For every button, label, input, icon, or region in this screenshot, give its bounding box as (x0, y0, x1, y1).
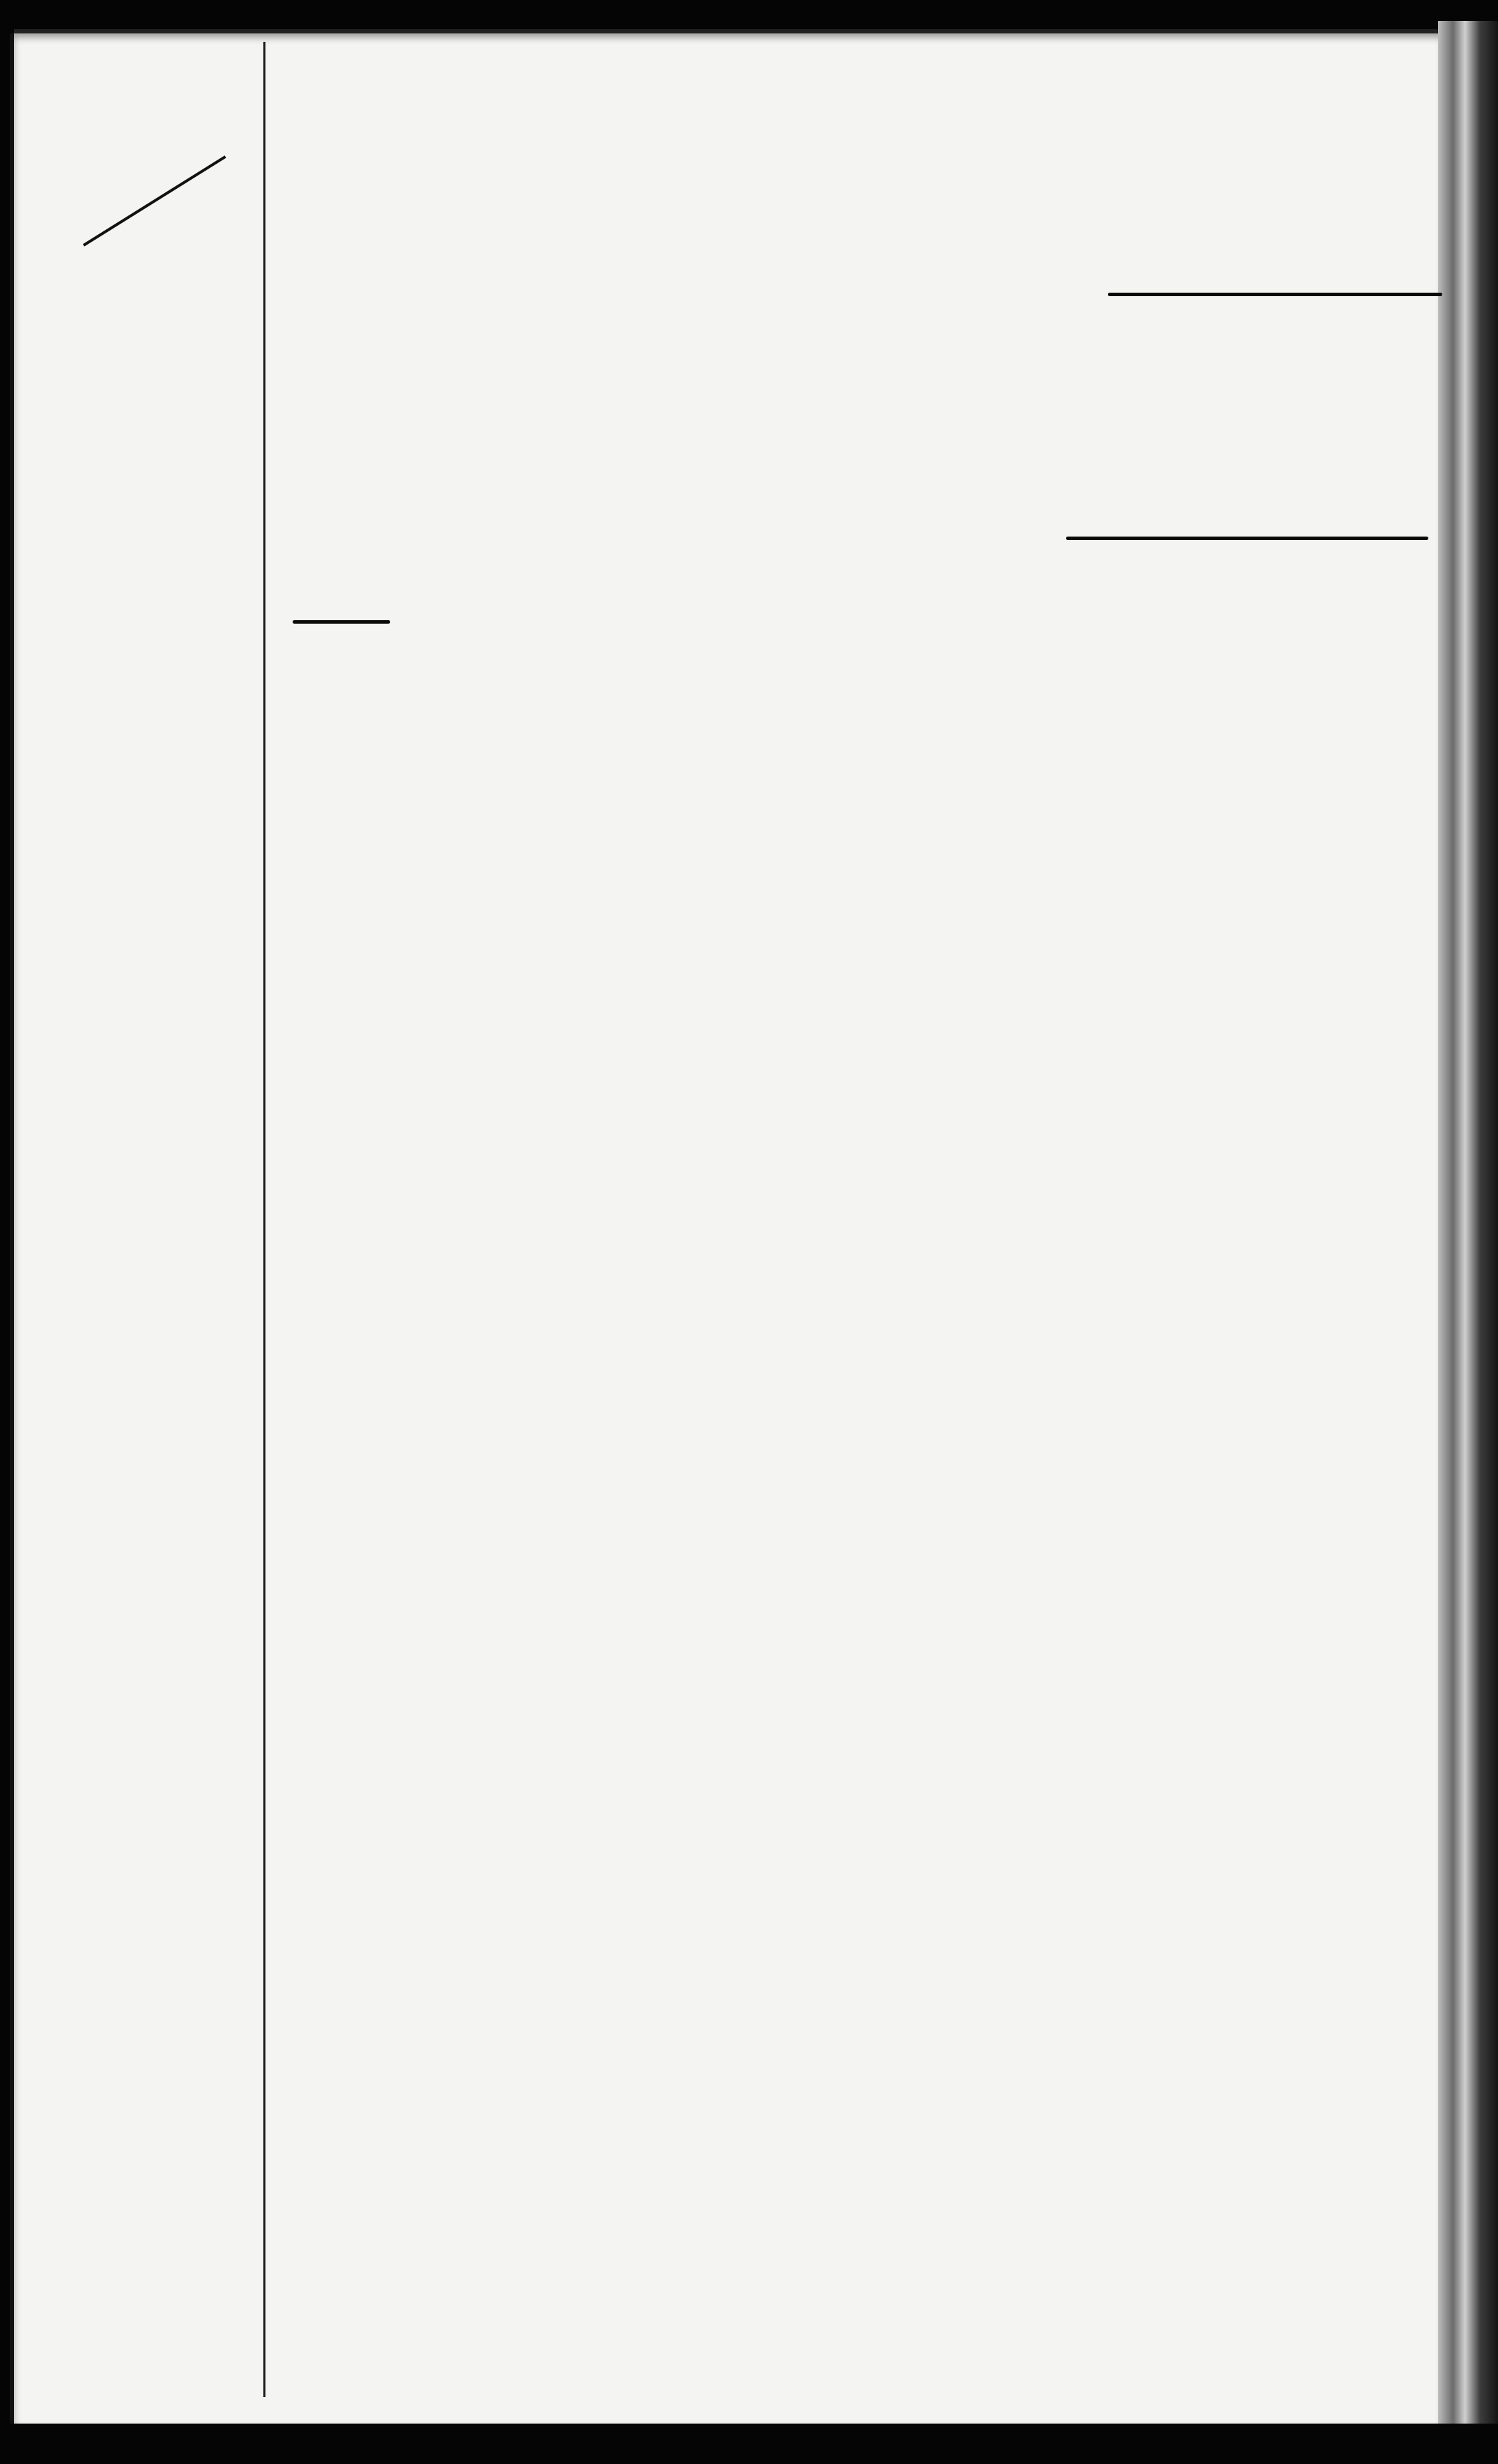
scan-bottom-border (0, 2424, 1498, 2464)
register-page (10, 33, 1442, 2424)
groom-name-underline (1108, 293, 1442, 296)
bride-surname-underline (293, 620, 390, 624)
bride-name-underline (1066, 537, 1428, 540)
book-binding-edge (1438, 21, 1498, 2439)
margin-rule (263, 42, 265, 2397)
